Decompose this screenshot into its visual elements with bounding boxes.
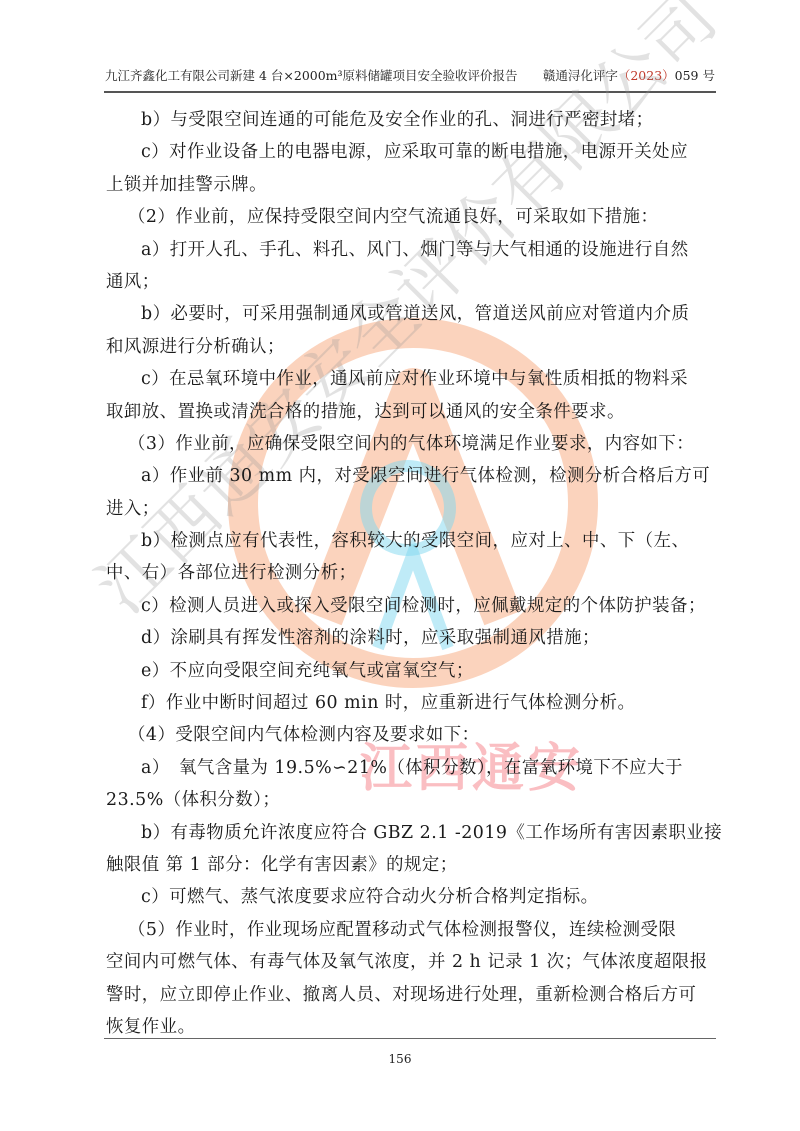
document-body: b）与受限空间连通的可能危及安全作业的孔、洞进行严密封堵； c）对作业设备上的电… [106, 104, 720, 1043]
doc-number-year: （2023） [618, 68, 675, 83]
text-line: （4）受限空间内气体检测内容及要求如下： [106, 719, 720, 751]
text-line: 和风源进行分析确认； [106, 331, 720, 363]
text-line: （3）作业前，应确保受限空间内的气体环境满足作业要求，内容如下： [106, 428, 720, 460]
text-line: （2）作业前，应保持受限空间内空气流通良好，可采取如下措施： [106, 201, 720, 233]
text-line: b）检测点应有代表性，容积较大的受限空间，应对上、中、下（左、 [106, 525, 720, 557]
doc-number: 赣通浔化评字（2023）059 号 [543, 66, 715, 84]
text-line: 警时，应立即停止作业、撤离人员、对现场进行处理，重新检测合格后方可 [106, 979, 720, 1011]
text-line: 上锁并加挂警示牌。 [106, 169, 720, 201]
text-line: a） 氧气含量为 19.5%∽21%（体积分数），在富氧环境下不应大于 [106, 752, 720, 784]
text-line: 恢复作业。 [106, 1011, 720, 1043]
text-line: f）作业中断时间超过 60 min 时，应重新进行气体检测分析。 [106, 687, 720, 719]
text-line: b）有毒物质允许浓度应符合 GBZ 2.1 -2019《工作场所有害因素职业接 [106, 817, 720, 849]
text-line: b）必要时，可采用强制通风或管道送风，管道送风前应对管道内介质 [106, 298, 720, 330]
doc-number-suffix: 059 号 [675, 68, 715, 83]
text-line: 进入； [106, 493, 720, 525]
text-line: 取卸放、置换或清洗合格的措施，达到可以通风的安全条件要求。 [106, 396, 720, 428]
header-divider [104, 91, 716, 93]
text-line: a）打开人孔、手孔、料孔、风门、烟门等与大气相通的设施进行自然 [106, 234, 720, 266]
text-line: 触限值 第 1 部分：化学有害因素》的规定； [106, 849, 720, 881]
text-line: b）与受限空间连通的可能危及安全作业的孔、洞进行严密封堵； [106, 104, 720, 136]
text-line: 23.5%（体积分数）； [106, 784, 720, 816]
page-header: 九江齐鑫化工有限公司新建 4 台×2000m³原料储罐项目安全验收评价报告 赣通… [105, 66, 715, 86]
text-line: c）可燃气、蒸气浓度要求应符合动火分析合格判定指标。 [106, 881, 720, 913]
text-line: a）作业前 30 mm 内，对受限空间进行气体检测，检测分析合格后方可 [106, 460, 720, 492]
text-line: c）检测人员进入或探入受限空间检测时，应佩戴规定的个体防护装备； [106, 590, 720, 622]
text-line: 空间内可燃气体、有毒气体及氧气浓度，并 2 h 记录 1 次；气体浓度超限报 [106, 946, 720, 978]
text-line: c）在忌氧环境中作业，通风前应对作业环境中与氧性质相抵的物料采 [106, 363, 720, 395]
text-line: （5）作业时，作业现场应配置移动式气体检测报警仪，连续检测受限 [106, 914, 720, 946]
text-line: c）对作业设备上的电器电源，应采取可靠的断电措施，电源开关处应 [106, 136, 720, 168]
page-number: 156 [0, 1052, 800, 1066]
text-line: 中、右）各部位进行检测分析； [106, 557, 720, 589]
text-line: 通风； [106, 266, 720, 298]
text-line: e）不应向受限空间充纯氧气或富氧空气； [106, 655, 720, 687]
document-page: 九江齐鑫化工有限公司新建 4 台×2000m³原料储罐项目安全验收评价报告 赣通… [0, 0, 800, 1131]
text-line: d）涂刷具有挥发性溶剂的涂料时，应采取强制通风措施； [106, 622, 720, 654]
report-title: 九江齐鑫化工有限公司新建 4 台×2000m³原料储罐项目安全验收评价报告 [105, 66, 518, 84]
doc-number-prefix: 赣通浔化评字 [543, 68, 618, 83]
